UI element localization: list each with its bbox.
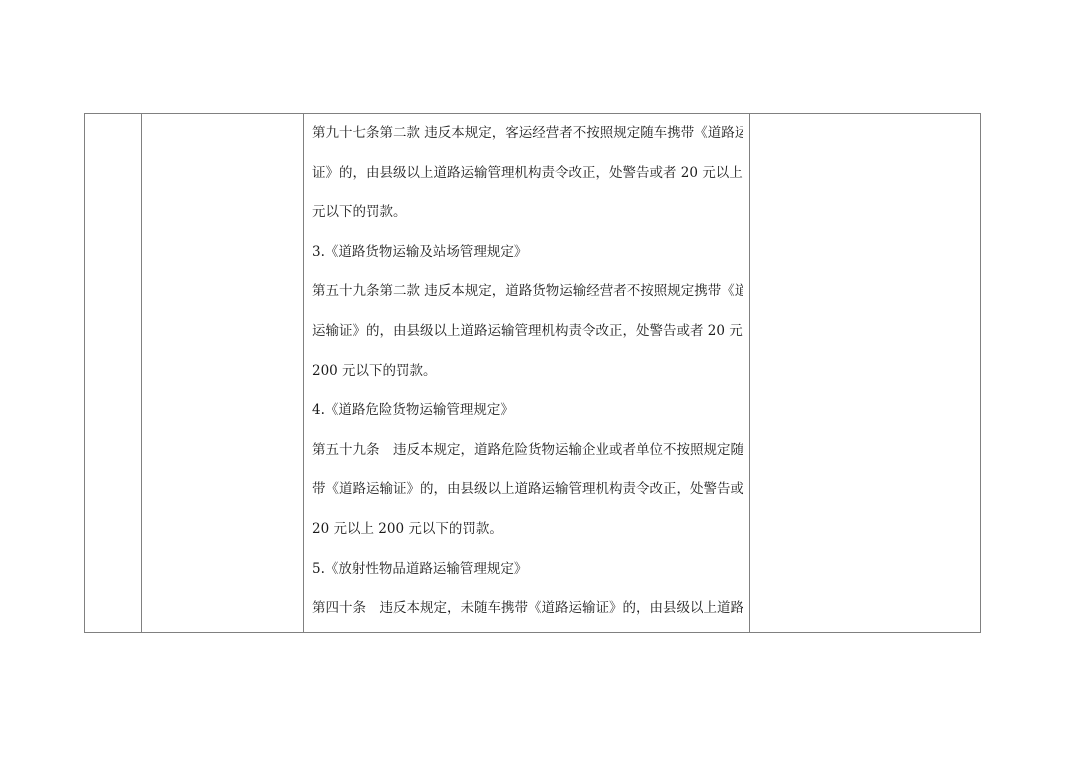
text-line: 第五十九条第二款 违反本规定，道路货物运输经营者不按照规定携带《道路: [312, 272, 743, 312]
text-line: 20 元以上 200 元以下的罚款。: [312, 510, 743, 550]
table-cell-empty-left-2: [142, 114, 304, 632]
table-cell-regulation-text: 第九十七条第二款 违反本规定，客运经营者不按照规定随车携带《道路运输 证》的，由…: [304, 114, 750, 632]
text-line: 4.《道路危险货物运输管理规定》: [312, 391, 743, 431]
text-line: 第四十条 违反本规定，未随车携带《道路运输证》的，由县级以上道路运输: [312, 589, 743, 629]
text-line: 运输证》的，由县级以上道路运输管理机构责令改正，处警告或者 20 元以上: [312, 312, 743, 352]
text-line: 元以下的罚款。: [312, 193, 743, 233]
table-cell-empty-right: [750, 114, 980, 632]
text-line: 200 元以下的罚款。: [312, 352, 743, 392]
text-line: 证》的，由县级以上道路运输管理机构责令改正，处警告或者 20 元以上 200: [312, 154, 743, 194]
table-cell-empty-left-1: [85, 114, 142, 632]
text-line: 带《道路运输证》的，由县级以上道路运输管理机构责令改正，处警告或者: [312, 470, 743, 510]
text-line: 3.《道路货物运输及站场管理规定》: [312, 233, 743, 273]
text-line: 第五十九条 违反本规定，道路危险货物运输企业或者单位不按照规定随车携: [312, 431, 743, 471]
regulation-table: 第九十七条第二款 违反本规定，客运经营者不按照规定随车携带《道路运输 证》的，由…: [84, 113, 981, 633]
text-line: 5.《放射性物品道路运输管理规定》: [312, 550, 743, 590]
text-line: 第九十七条第二款 违反本规定，客运经营者不按照规定随车携带《道路运输: [312, 114, 743, 154]
